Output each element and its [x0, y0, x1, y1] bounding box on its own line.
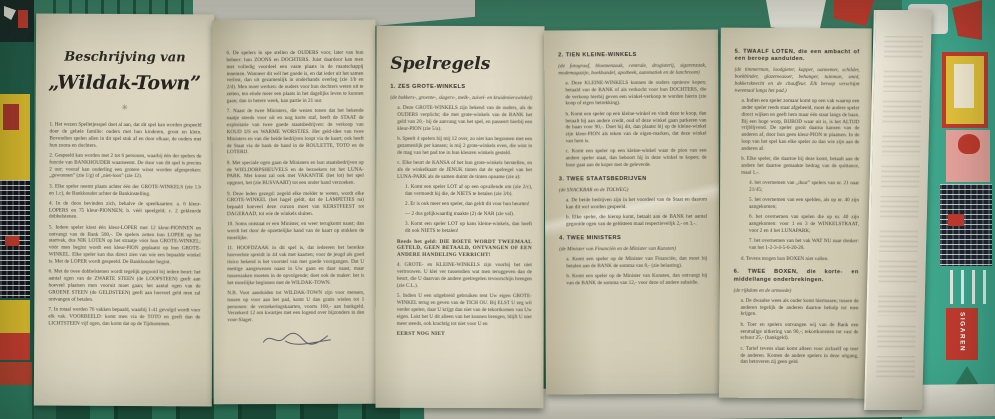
panel2-text: 6. De spelers in spe stellen de OUDERS v… — [212, 50, 376, 350]
handwritten-signature — [257, 329, 335, 349]
paragraph: 3. Elke speler neemt plaats achter één d… — [49, 183, 201, 198]
spelregels-title: Spelregels — [390, 54, 544, 74]
paragraph: 11. HOOFDZAAK in dit spel is, dat iedere… — [227, 245, 364, 287]
board-art-tile — [5, 236, 19, 246]
photo-scene: SIGAREN Beschrijving van „Wildak-Town” ✳… — [0, 0, 995, 419]
paragraph: 8. Met speciale ogen gaan de Ministers e… — [227, 159, 364, 187]
paragraph: 2. Gespeeld kan worden met 2 tot 6 perso… — [49, 152, 201, 180]
board-sign-sigaren: SIGAREN — [959, 312, 966, 352]
rule-item: a. De dwaalse wees als ouder komt hiertu… — [741, 298, 859, 319]
panel3-text: 1. ZES GROTE-WINKELS (de bakkers-, groen… — [376, 84, 545, 338]
section-heading: 2. TIEN KLEINE-WINKELS — [558, 52, 706, 60]
rule-item: c. Tarief tevens slaat komt alleen voor … — [740, 345, 858, 366]
rule-item: b. Komt een speler op een kleine-winkel … — [565, 110, 706, 145]
board-art-left — [0, 0, 34, 419]
rule-subitem: 5. het overnemen van een spelden, als op… — [749, 197, 859, 211]
rule-item: b. Komt een speler op de Minister van Ku… — [566, 273, 707, 287]
leaflet-panel-1: Beschrijving van „Wildak-Town” ✳ 1. Het … — [34, 13, 214, 406]
board-art-tile — [0, 300, 30, 360]
rule-subitem: 3. Komt een speler LOT op kans kleine-wi… — [405, 221, 532, 235]
board-art-tile — [0, 362, 32, 419]
rule-item: 5. Indien U een uitgebreid gebruiken ten… — [397, 293, 532, 328]
rule-item: 4. GROTE- en KLEINE-WINKELS zijn voorbij… — [397, 262, 532, 290]
leaflet-panel-2: 6. De spelers in spe stellen de OUDERS v… — [212, 20, 376, 405]
paragraph: N.B. Voor aanduiden tot WILDAK-TOWN zijn… — [227, 290, 364, 325]
rules-leaflet: Beschrijving van „Wildak-Town” ✳ 1. Het … — [33, 8, 929, 412]
board-art-tile: SIGAREN — [946, 308, 978, 360]
board-art-tile — [0, 0, 34, 42]
panel5-text: 5. TWAALF LOTEN, die een ambacht of een … — [719, 49, 871, 367]
leaflet-panel-5: 5. TWAALF LOTEN, die een ambacht of een … — [719, 28, 872, 399]
panel1-text: 1. Het wezen Spelletjesspel doet al aan,… — [34, 121, 213, 328]
rule-item: a. De beide bedrijven zijn in het voorde… — [566, 197, 707, 211]
rule-subitem: 1. Komt een speler LOT af op een opvalle… — [405, 184, 532, 198]
section-heading: 4. TWEE MINISTERS — [559, 234, 707, 242]
ghost-text — [876, 36, 923, 380]
section-intro: (de SNACKBAR en de TOLWEG) — [559, 186, 707, 194]
board-art-tile — [3, 104, 19, 130]
paragraph: 6. De spelers in spe stellen de OUDERS v… — [226, 50, 363, 105]
section-heading: 6. TWEE BOXEN, die korte- en middellange… — [734, 269, 859, 284]
section-intro: (de rijkdom en de armoede) — [734, 287, 859, 294]
rule-item: c. Komt een speler op een kleine-winkel … — [566, 148, 707, 169]
rule-subitem: — 2 dus gelijkwaardig maakte (2) de NAR … — [405, 211, 532, 218]
rule-item: a. Deze KLEINE-WINKELS kunnen de ouders … — [565, 79, 706, 107]
rule-closing: EERST NOG NIET — [397, 331, 532, 338]
board-art-tile — [952, 0, 982, 40]
section-intro: (de Minister van Financiën en de Ministe… — [559, 245, 707, 253]
rule-item: b. Toer en spelers ontvangen wij van de … — [740, 321, 858, 342]
rule-item: a. Indien een speler zomaar komt op een … — [741, 98, 859, 153]
section-heading: 5. TWAALF LOTEN, die een ambacht of een … — [735, 49, 860, 64]
rule-subitem: 7. het overnemen van het vak WAT NU naar… — [749, 238, 859, 252]
panel4-text: 2. TIEN KLEINE-WINKELS (de fotograaf, bl… — [544, 52, 719, 288]
leaflet-panel-3: Spelregels 1. ZES GROTE-WINKELS (de bakk… — [376, 26, 545, 408]
leaflet-title-line2: „Wildak-Town” — [36, 71, 214, 94]
section-heading: 1. ZES GROTE-WINKELS — [390, 84, 532, 92]
rule-item: b. Speelt 4 spelers bij mij 12 over, zo … — [397, 136, 532, 157]
paragraph: 9. Deze leden gezegd: zegeld elke melder… — [227, 190, 364, 218]
rule-subitem: 4. het overnemen van „duur” spelers van … — [749, 180, 859, 194]
paragraph: 5. Iedere speler kiest één kleur-LOPER m… — [49, 224, 201, 266]
rule-item: a. Komt een speler op de Minister van Fi… — [566, 255, 707, 269]
rule-item: b. Elke speler, die hierop komt, betaalt… — [566, 214, 707, 228]
rule-item: b. Elke speler, die daartoe bij deze kom… — [741, 156, 859, 177]
paragraph: 1. Het wezen Spelletjesspel doet al aan,… — [49, 122, 201, 150]
paragraph: 7. In totaal werden 76 vakken bepaald, w… — [48, 307, 200, 329]
paragraph: 4. In de doos bevinden zich, behalve de … — [49, 200, 201, 222]
board-art-tile — [942, 270, 990, 304]
section-intro: (de timmerman, loodgieter, kapper, aanne… — [735, 67, 860, 95]
leaflet-folded-panel — [864, 10, 932, 410]
star-ornament-icon: ✳ — [36, 102, 214, 112]
rule-subitem: 6. het overnemen van spelen die op nr. 4… — [749, 214, 859, 235]
rule-subitem: 2. Er is ook meer een speler, dan geldt … — [405, 201, 532, 208]
rule-warning: Reeds het geld: DIE BOETE WORDT TWEEMAAL… — [397, 238, 532, 259]
leaflet-panel-4: 2. TIEN KLEINE-WINKELS (de fotograaf, bl… — [544, 30, 720, 395]
board-art-tile — [18, 10, 28, 28]
paragraph: 10. Soms ontstaat er een Minister, en we… — [227, 221, 364, 242]
paragraph: 6. Met de twee dobbelstenen wordt tegeli… — [48, 269, 200, 304]
rule-item: c. Elke beurt de KANSA of het hun grote-… — [397, 160, 532, 181]
paragraph: 7. Naast de twee Ministers, die wezen to… — [227, 108, 364, 156]
board-art-tile — [954, 64, 974, 108]
section-intro: (de fotograaf, bloemenzaak, centrale, dr… — [558, 62, 706, 76]
section-heading: 3. TWEE STAATSBEDRIJVEN — [559, 176, 707, 184]
rule-item: a. Deze GROTE-WINKELS zijn bekend van de… — [397, 105, 532, 133]
section-intro: (de bakkers-, groente-, slagers-, melk-,… — [390, 95, 532, 102]
rule-subitem: d. Tevens mogen hun BOXEN niet vallen. — [741, 255, 859, 262]
board-art-tile — [948, 214, 964, 226]
board-art-tile — [958, 134, 980, 154]
leaflet-title-line1: Beschrijving van — [36, 49, 214, 65]
